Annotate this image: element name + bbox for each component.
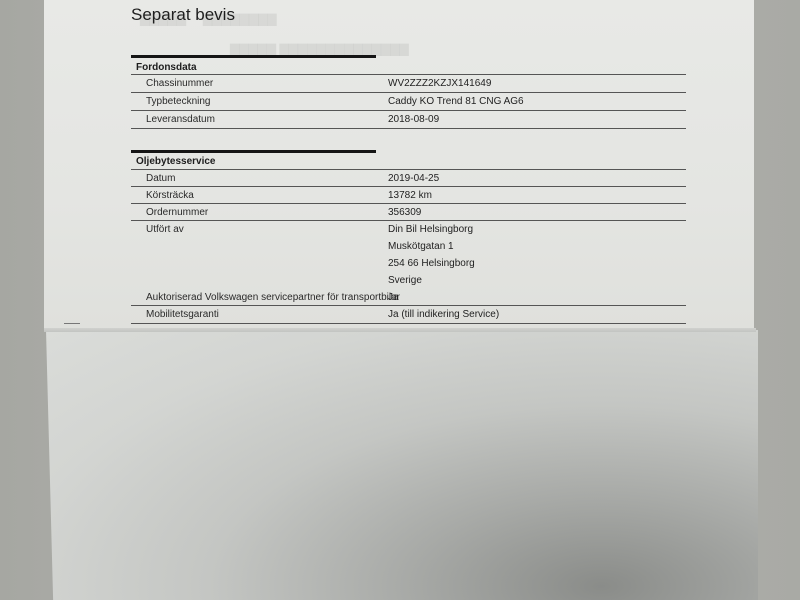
row-value-workshop-city: 254 66 Helsingborg bbox=[388, 258, 475, 269]
divider bbox=[131, 74, 686, 75]
divider bbox=[131, 203, 686, 204]
divider bbox=[131, 186, 686, 187]
row-label-authorized-partner: Auktoriserad Volkswagen servicepartner f… bbox=[146, 292, 400, 303]
row-value-datum: 2019-04-25 bbox=[388, 173, 439, 184]
row-value-workshop-street: Muskötgatan 1 bbox=[388, 241, 454, 252]
row-value-mobilitetsgaranti: Ja (till indikering Service) bbox=[388, 309, 499, 320]
section-bar-vehicle bbox=[131, 55, 376, 58]
fold-mark bbox=[64, 323, 80, 324]
divider bbox=[131, 305, 686, 306]
row-label-datum: Datum bbox=[146, 173, 175, 184]
row-label-ordernummer: Ordernummer bbox=[146, 207, 208, 218]
divider bbox=[131, 169, 686, 170]
row-value-authorized-partner: Ja bbox=[388, 292, 399, 303]
row-label-mobilitetsgaranti: Mobilitetsgaranti bbox=[146, 309, 219, 320]
row-value-typbeteckning: Caddy KO Trend 81 CNG AG6 bbox=[388, 96, 524, 107]
divider bbox=[131, 323, 686, 324]
row-label-chassinummer: Chassinummer bbox=[146, 78, 213, 89]
section-heading-service: Oljebytesservice bbox=[136, 156, 216, 167]
document-title: Separat bevis bbox=[131, 5, 235, 25]
paper-fold bbox=[44, 328, 756, 332]
row-label-leveransdatum: Leveransdatum bbox=[146, 114, 215, 125]
row-value-korstracka: 13782 km bbox=[388, 190, 432, 201]
row-value-chassinummer: WV2ZZZ2KZJX141649 bbox=[388, 78, 491, 89]
row-value-ordernummer: 356309 bbox=[388, 207, 421, 218]
row-value-workshop-name: Din Bil Helsingborg bbox=[388, 224, 473, 235]
section-bar-service bbox=[131, 150, 376, 153]
row-label-typbeteckning: Typbeteckning bbox=[146, 96, 211, 107]
divider bbox=[131, 220, 686, 221]
divider bbox=[131, 110, 686, 111]
row-label-korstracka: Körsträcka bbox=[146, 190, 194, 201]
document-page-folded bbox=[46, 330, 758, 600]
divider bbox=[131, 92, 686, 93]
section-heading-vehicle: Fordonsdata bbox=[136, 62, 197, 73]
row-value-workshop-country: Sverige bbox=[388, 275, 422, 286]
bleed-through-text: ▇▇▇▇▇ ▇▇▇▇▇▇▇▇▇▇▇▇▇▇ bbox=[230, 42, 409, 56]
row-label-utfort-av: Utfört av bbox=[146, 224, 184, 235]
divider bbox=[131, 128, 686, 129]
row-value-leveransdatum: 2018-08-09 bbox=[388, 114, 439, 125]
